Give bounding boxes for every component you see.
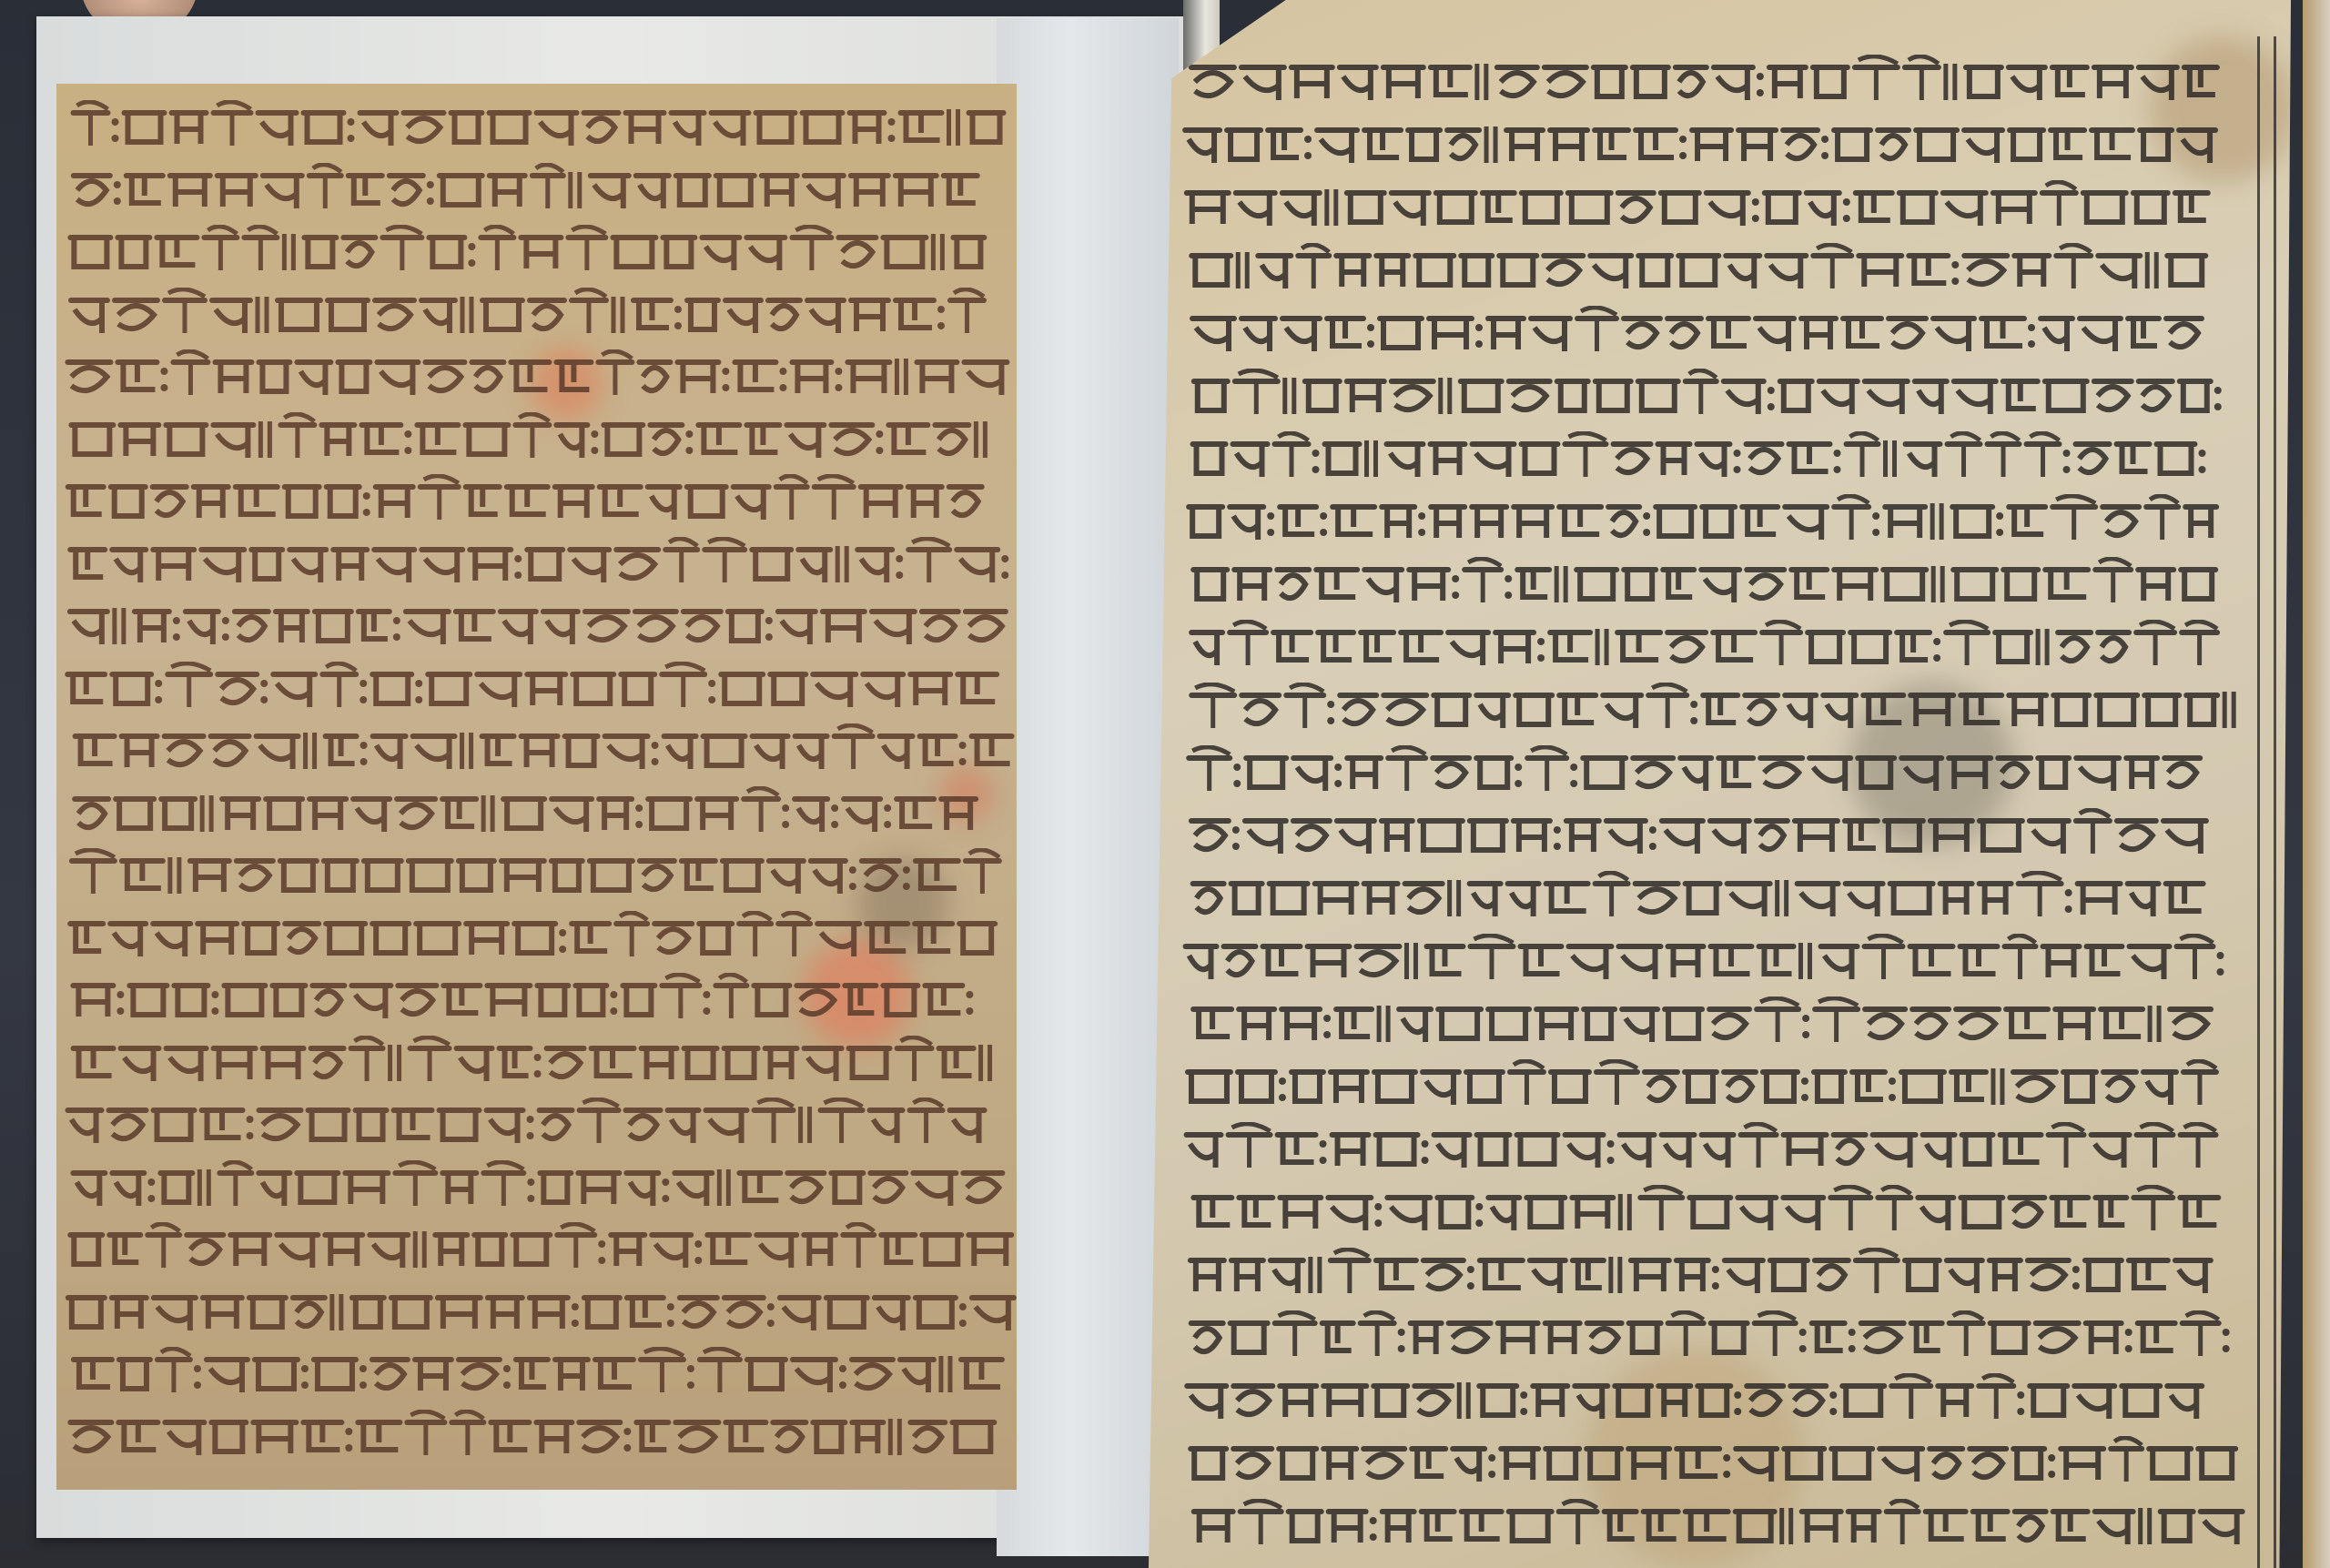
script-line [56, 848, 1017, 912]
script-line [56, 786, 1017, 850]
script-line [56, 100, 1017, 164]
script-line [56, 1347, 1017, 1411]
script-line [1149, 494, 2291, 558]
script-line [56, 1410, 1017, 1473]
script-line [56, 1160, 1017, 1224]
next-page-edge [2303, 0, 2330, 1568]
script-line [56, 163, 1017, 227]
script-line [56, 1098, 1017, 1161]
manuscript-page-left [56, 84, 1017, 1490]
spine-strip [997, 18, 1179, 1556]
script-line [56, 1036, 1017, 1099]
script-line [56, 288, 1017, 351]
script-line [1149, 1059, 2291, 1123]
script-line [56, 599, 1017, 663]
script-line [1149, 934, 2291, 997]
script-line [1149, 306, 2291, 369]
script-line [1149, 996, 2291, 1060]
script-line [1149, 180, 2291, 244]
script-line [56, 225, 1017, 288]
script-line [1149, 55, 2291, 118]
script-line [56, 1222, 1017, 1286]
script-line [1149, 369, 2291, 432]
script-line [1149, 243, 2291, 307]
script-line [1149, 1185, 2291, 1249]
script-line [1149, 1248, 2291, 1311]
script-line [1149, 1499, 2291, 1563]
script-line [56, 537, 1017, 601]
script-line [56, 1285, 1017, 1349]
script-line [56, 723, 1017, 787]
script-line [1149, 1436, 2291, 1500]
script-line [56, 973, 1017, 1037]
script-line [1149, 620, 2291, 683]
script-line [56, 911, 1017, 975]
manuscript-page-right [1149, 0, 2291, 1568]
script-line [1149, 1122, 2291, 1186]
script-line [1149, 808, 2291, 872]
script-line [56, 474, 1017, 538]
script-line [1149, 745, 2291, 809]
script-line [1149, 117, 2291, 181]
script-line [56, 412, 1017, 476]
script-line [1149, 1373, 2291, 1437]
script-line [56, 349, 1017, 413]
script-line [1149, 1310, 2291, 1374]
script-line [56, 662, 1017, 725]
script-line [1149, 431, 2291, 495]
script-line [1149, 557, 2291, 621]
script-line [1149, 871, 2291, 935]
script-line [1149, 683, 2291, 746]
